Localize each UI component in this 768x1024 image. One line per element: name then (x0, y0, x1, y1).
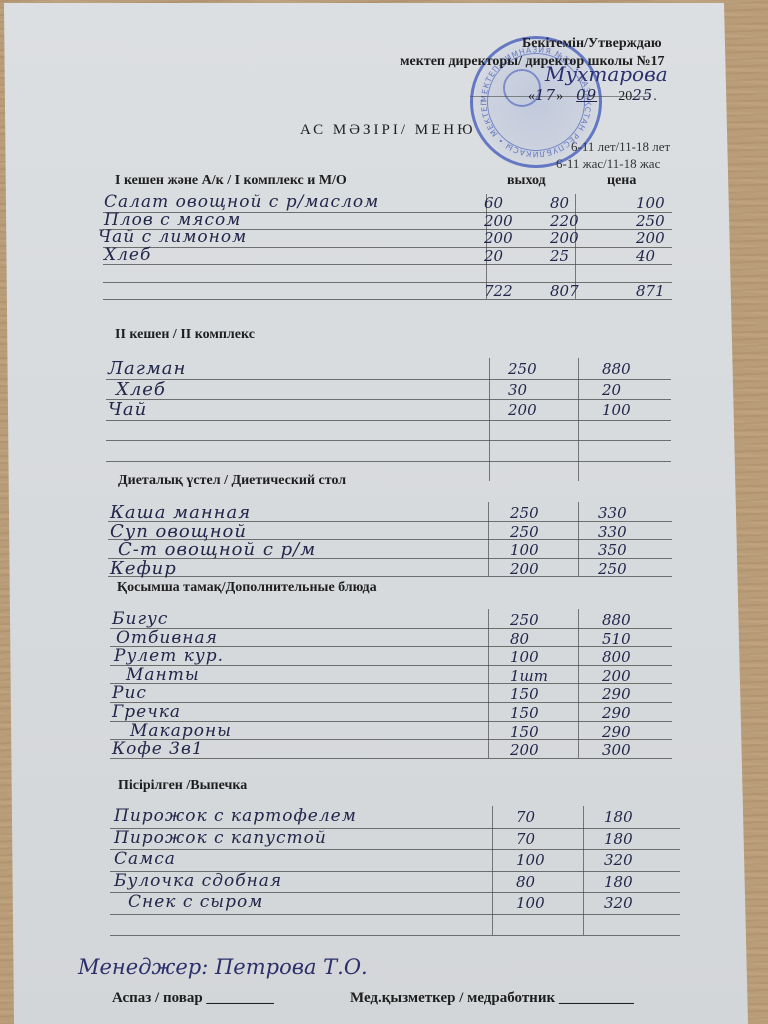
table-column-line (489, 358, 490, 481)
table-rule-line (110, 849, 680, 850)
price-value: 180 (604, 873, 633, 891)
table-rule-line (110, 702, 672, 703)
table-column-line (583, 806, 584, 935)
medic-signature-field: Мед.қызметкер / медработник __________ (350, 990, 634, 1007)
date-month: 09 (576, 86, 597, 104)
table-rule-line (108, 576, 672, 577)
diet-title: Диеталық үстел / Диетический стол (118, 473, 346, 489)
table-column-line (488, 502, 489, 576)
age-groups-ru: 6-11 лет/11-18 лет (571, 139, 670, 155)
age-groups-kz: 6-11 жас/11-18 жас (556, 156, 660, 172)
price-value: 800 (602, 648, 631, 666)
dish-name: Кофе 3в1 (112, 739, 204, 759)
output-value: 200 (508, 401, 537, 419)
price-value: 180 (604, 830, 633, 848)
price-value: 510 (602, 630, 631, 648)
dish-name: Хлеб (104, 245, 151, 265)
dish-name: Пирожок с картофелем (114, 806, 357, 826)
output-value: 70 (516, 808, 535, 826)
price-value: 880 (602, 360, 631, 378)
output-value: 70 (516, 830, 535, 848)
output-value: 100 (510, 541, 539, 559)
table-column-line (578, 609, 579, 758)
output-large-portion: 25 (550, 247, 569, 265)
output-value: 150 (510, 723, 539, 741)
date-day: 17 (535, 86, 556, 104)
output-value: 200 (510, 741, 539, 759)
table-rule-line (106, 461, 671, 462)
table-column-line (578, 502, 579, 576)
dish-name: Бигус (112, 609, 168, 629)
output-value: 1шт (510, 667, 548, 685)
approval-title: Бекітемін/Утверждаю (522, 36, 662, 52)
dish-name: Рулет кур. (114, 646, 224, 666)
column-price-header: цена (607, 173, 636, 189)
price-value: 40 (636, 247, 655, 265)
output-large-portion: 80 (550, 194, 569, 212)
output-value: 80 (510, 630, 529, 648)
table-rule-line (103, 299, 672, 300)
output-value: 250 (508, 360, 537, 378)
dish-name: Гречка (112, 702, 181, 722)
price-value: 250 (598, 560, 627, 578)
price-value: 290 (602, 723, 631, 741)
column-output-header: выход (507, 173, 546, 189)
dish-name: Булочка сдобная (114, 871, 282, 891)
table-rule-line (110, 914, 680, 915)
output-small-portion: 20 (484, 247, 503, 265)
output-value: 250 (510, 523, 539, 541)
manager-handwritten-note: Менеджер: Петрова Т.О. (78, 955, 368, 979)
table-rule-line (106, 440, 671, 441)
table-rule-line (103, 264, 672, 265)
table-column-line (492, 806, 493, 935)
price-value: 880 (602, 611, 631, 629)
table-rule-line (106, 420, 671, 421)
menu-sheet: МЕКТЕП-ГИМНАЗИЯ №17 • ҚАЗАҚСТАН РЕСПУБЛИ… (0, 0, 768, 1024)
price-value: 290 (602, 704, 631, 722)
table-rule-line (106, 379, 671, 380)
price-value: 330 (598, 504, 627, 522)
output-large-portion: 200 (550, 229, 579, 247)
price-value: 350 (598, 541, 627, 559)
table-rule-line (106, 399, 671, 400)
output-value: 30 (508, 381, 527, 399)
table-column-line (488, 609, 489, 758)
output-value: 200 (510, 560, 539, 578)
price-value: 200 (602, 667, 631, 685)
output-value: 150 (510, 685, 539, 703)
output-value: 100 (510, 648, 539, 666)
dish-name: Снек с сыром (128, 892, 263, 912)
price-value: 320 (604, 851, 633, 869)
dish-name: Самса (114, 849, 176, 869)
output-value: 80 (516, 873, 535, 891)
dish-name: Лагман (108, 358, 186, 379)
price-value: 100 (636, 194, 665, 212)
total-output-large-portion: 807 (550, 282, 579, 300)
complex1-title: I кешен және А/к / I комплекс и М/О (115, 173, 347, 189)
output-value: 250 (510, 504, 539, 522)
price-value: 320 (604, 894, 633, 912)
extra-dishes-title: Қосымша тамақ/Дополнительные блюда (117, 580, 377, 596)
output-value: 150 (510, 704, 539, 722)
price-value: 100 (602, 401, 631, 419)
price-value: 20 (602, 381, 621, 399)
dish-name: Хлеб (116, 379, 166, 400)
output-value: 100 (516, 851, 545, 869)
cook-signature-field: Аспаз / повар _________ (112, 990, 274, 1007)
date-year: 25 (632, 86, 653, 104)
price-value: 300 (602, 741, 631, 759)
output-small-portion: 200 (484, 229, 513, 247)
table-rule-line (103, 282, 672, 283)
table-rule-line (110, 935, 680, 936)
dish-name: Кефир (110, 558, 177, 579)
dish-name: Чай (108, 399, 147, 420)
dish-name: Отбивная (116, 628, 218, 648)
price-value: 180 (604, 808, 633, 826)
dish-name: Рис (112, 683, 147, 703)
dish-name: Пирожок с капустой (114, 828, 327, 848)
price-value: 250 (636, 212, 665, 230)
bakery-title: Пісірілген /Выпечка (118, 778, 247, 794)
output-small-portion: 200 (484, 212, 513, 230)
table-column-line (578, 358, 579, 481)
dish-name: Манты (126, 665, 200, 685)
price-value: 290 (602, 685, 631, 703)
price-value: 200 (636, 229, 665, 247)
output-small-portion: 60 (484, 194, 503, 212)
total-output-small-portion: 722 (484, 282, 513, 300)
output-value: 100 (516, 894, 545, 912)
dish-name: Макароны (130, 721, 232, 741)
total-price-value: 871 (636, 282, 665, 300)
director-signature: Мухтарова (545, 62, 668, 86)
approval-date: «17» 09 2025. (528, 86, 657, 105)
complex2-title: II кешен / II комплекс (115, 327, 255, 343)
output-large-portion: 220 (550, 212, 579, 230)
price-value: 330 (598, 523, 627, 541)
output-value: 250 (510, 611, 539, 629)
document-title: АС МӘЗІРІ/ МЕНЮ (300, 122, 476, 139)
